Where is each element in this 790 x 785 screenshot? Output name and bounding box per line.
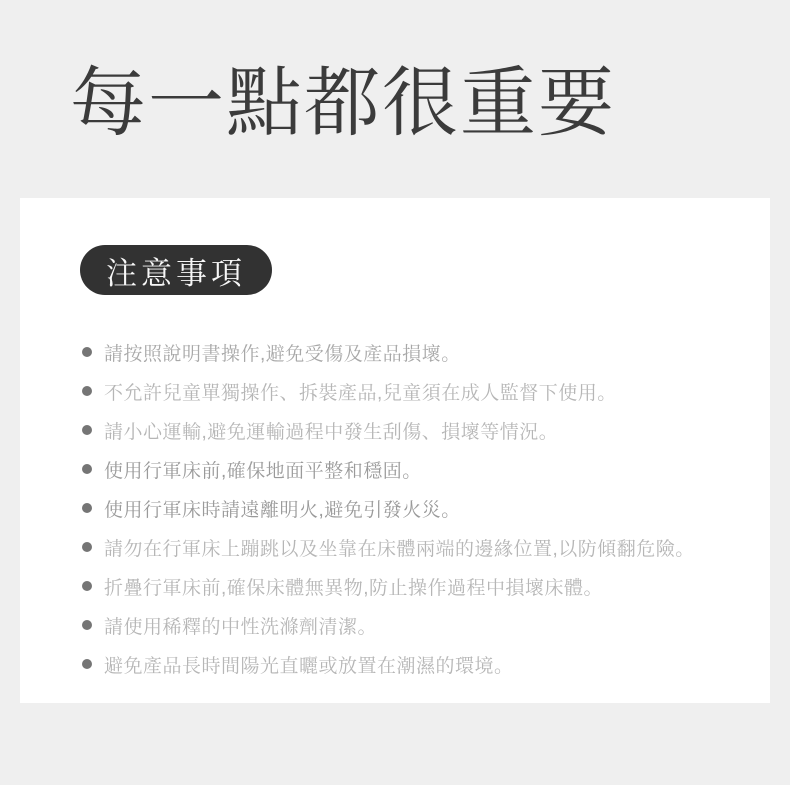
list-item: 請按照說明書操作,避免受傷及產品損壞。: [82, 341, 695, 363]
list-item-text: 使用行軍床前,確保地面平整和穩固。: [104, 456, 422, 483]
list-item-text: 請勿在行軍床上蹦跳以及坐靠在床體兩端的邊緣位置,以防傾翻危險。: [104, 534, 695, 561]
notice-badge-label: 注意事項: [106, 248, 246, 293]
notice-card: 注意事項 請按照說明書操作,避免受傷及產品損壞。 不允許兒童單獨操作、拆裝產品,…: [20, 198, 770, 703]
list-item-text: 請小心運輸,避免運輸過程中發生刮傷、損壞等情況。: [104, 417, 558, 444]
list-item-text: 不允許兒童單獨操作、拆裝產品,兒童須在成人監督下使用。: [104, 378, 617, 405]
notice-badge: 注意事項: [80, 245, 272, 295]
list-item-text: 避免產品長時間陽光直曬或放置在潮濕的環境。: [104, 651, 514, 678]
bullet-dot-icon: [82, 542, 92, 552]
bullet-dot-icon: [82, 425, 92, 435]
bullet-dot-icon: [82, 347, 92, 357]
page-title: 每一點都很重要: [70, 62, 616, 146]
list-item-text: 使用行軍床時請遠離明火,避免引發火災。: [104, 495, 461, 522]
list-item-text: 折疊行軍床前,確保床體無異物,防止操作過程中損壞床體。: [104, 573, 603, 600]
notice-list: 請按照說明書操作,避免受傷及產品損壞。 不允許兒童單獨操作、拆裝產品,兒童須在成…: [82, 341, 695, 692]
bullet-dot-icon: [82, 464, 92, 474]
bullet-dot-icon: [82, 503, 92, 513]
bullet-dot-icon: [82, 659, 92, 669]
list-item: 請小心運輸,避免運輸過程中發生刮傷、損壞等情況。: [82, 419, 695, 441]
list-item: 折疊行軍床前,確保床體無異物,防止操作過程中損壞床體。: [82, 575, 695, 597]
list-item-text: 請使用稀釋的中性洗滌劑清潔。: [104, 612, 377, 639]
list-item: 使用行軍床時請遠離明火,避免引發火災。: [82, 497, 695, 519]
bullet-dot-icon: [82, 620, 92, 630]
bullet-dot-icon: [82, 386, 92, 396]
list-item: 請勿在行軍床上蹦跳以及坐靠在床體兩端的邊緣位置,以防傾翻危險。: [82, 536, 695, 558]
list-item: 使用行軍床前,確保地面平整和穩固。: [82, 458, 695, 480]
list-item: 避免產品長時間陽光直曬或放置在潮濕的環境。: [82, 653, 695, 675]
list-item: 不允許兒童單獨操作、拆裝產品,兒童須在成人監督下使用。: [82, 380, 695, 402]
list-item-text: 請按照說明書操作,避免受傷及產品損壞。: [104, 339, 461, 366]
list-item: 請使用稀釋的中性洗滌劑清潔。: [82, 614, 695, 636]
bullet-dot-icon: [82, 581, 92, 591]
